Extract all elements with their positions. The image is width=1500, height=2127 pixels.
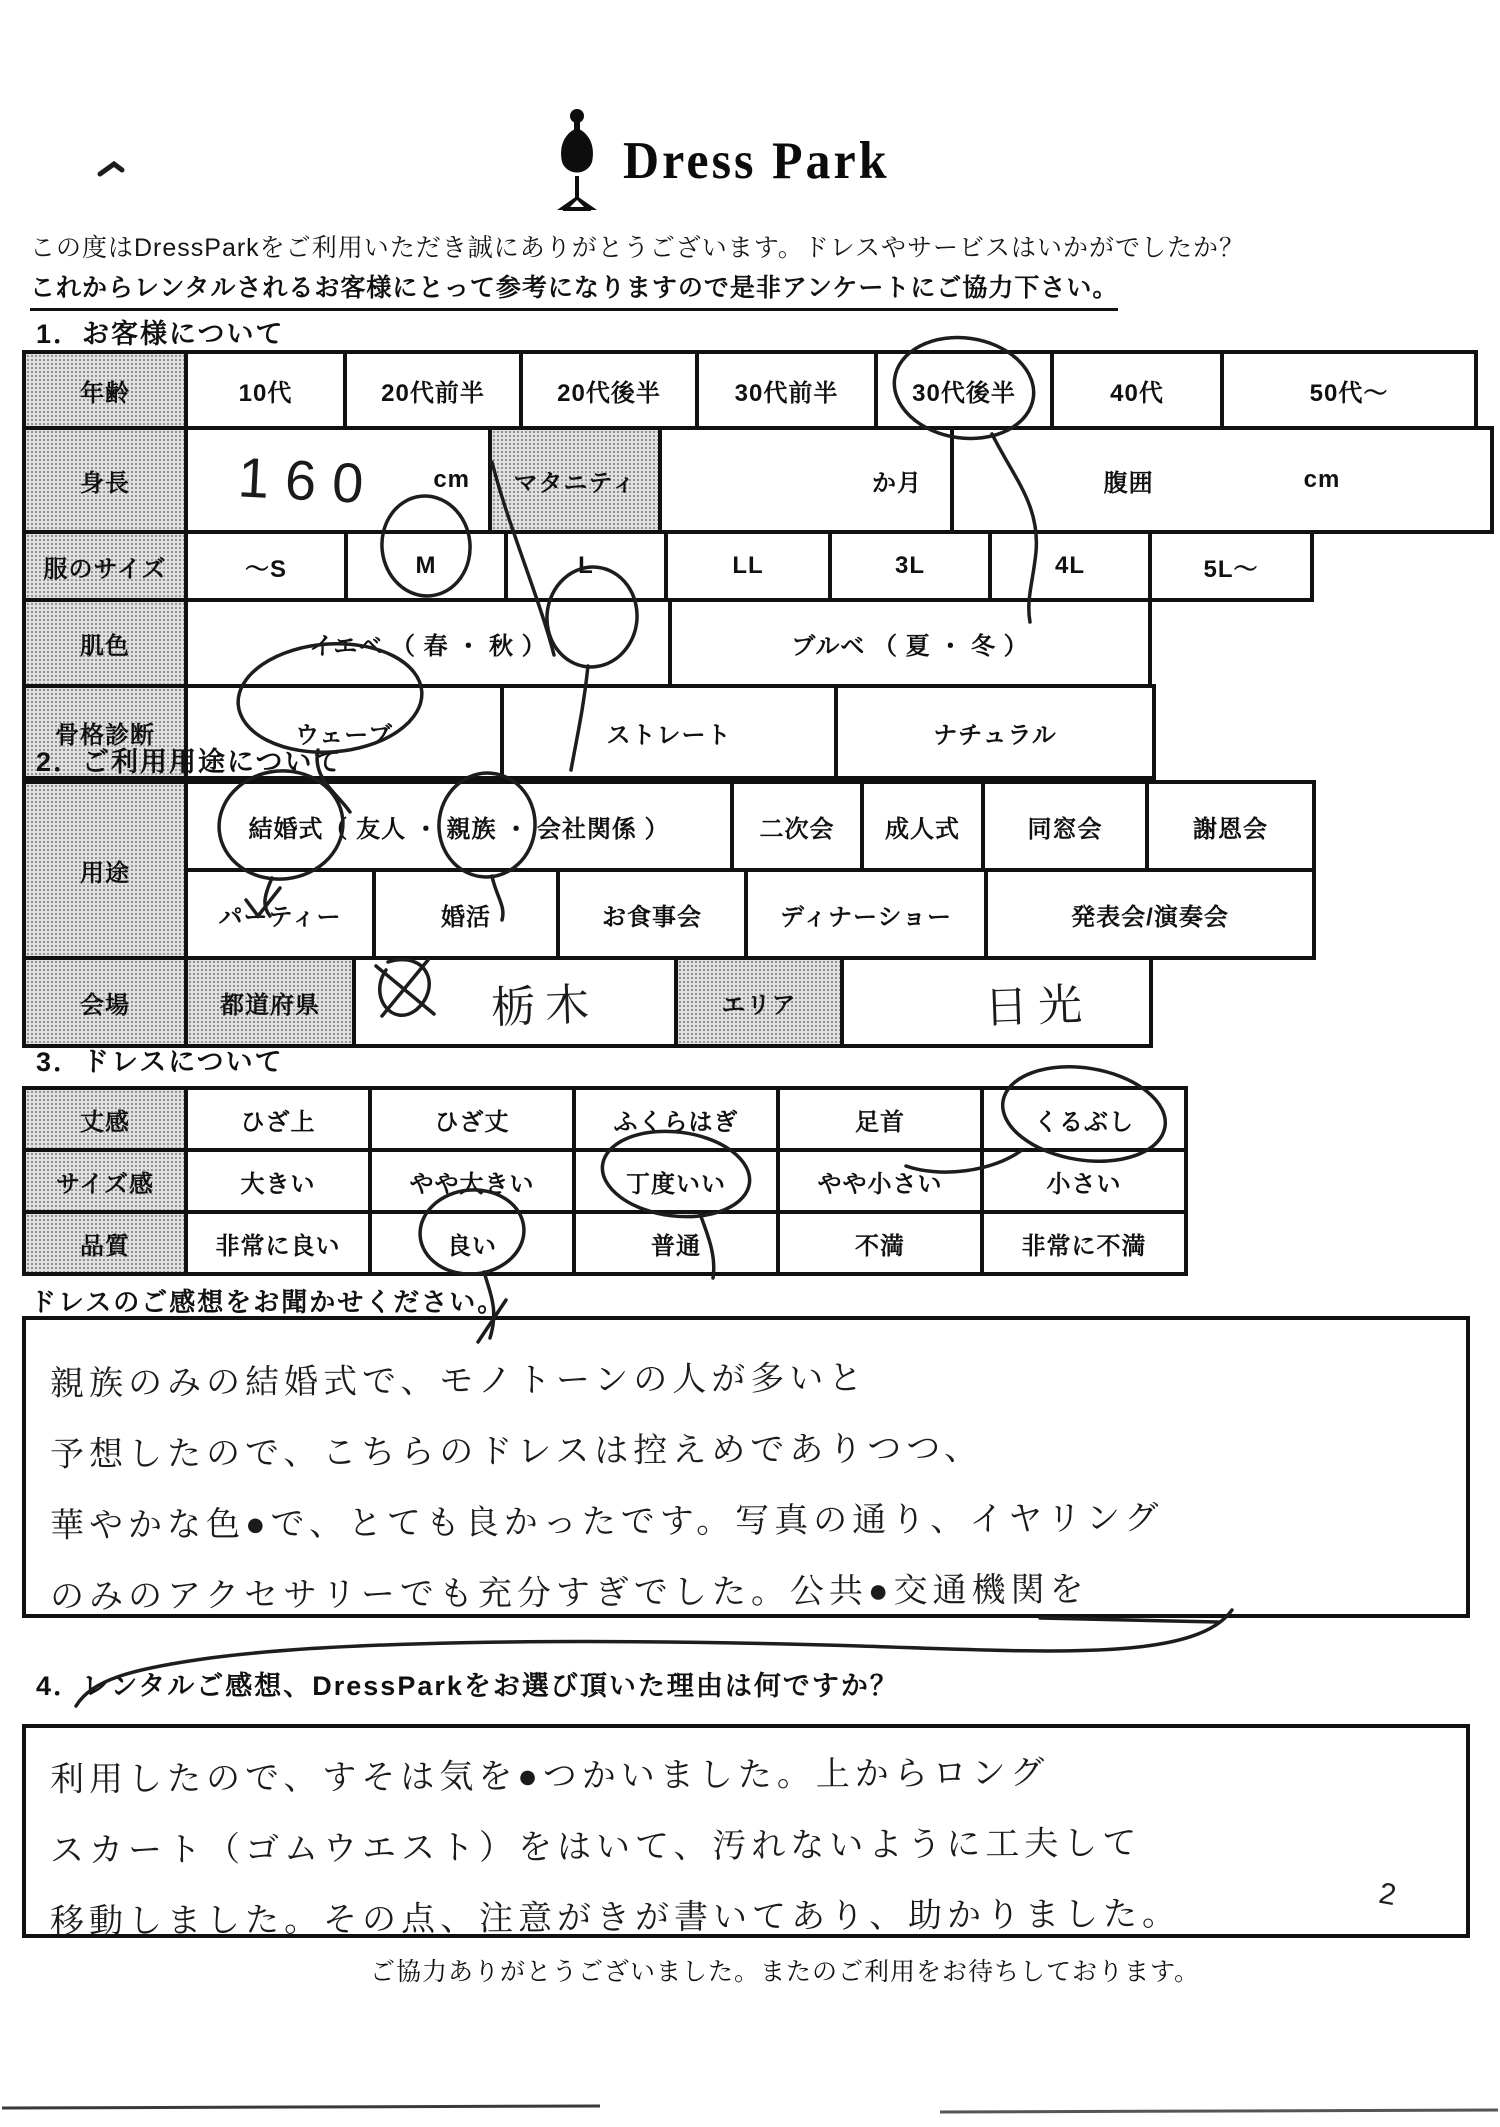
waist-label: 腹囲 <box>1104 463 1154 498</box>
row-header-venue: 会場 <box>26 960 184 1044</box>
purpose-option: 謝恩会 <box>1149 784 1312 868</box>
quality-option-selected: 良い <box>372 1214 572 1272</box>
purpose-table: 用途 結婚式（ 友人 ・ 親族 ・ 会社関係 ） 二次会 成人式 同窓会 謝恩会… <box>22 780 1316 1048</box>
purpose-option: ディナーショー <box>748 872 984 956</box>
venue-row: 会場 都道府県 栃木 エリア 日光 <box>22 956 1153 1048</box>
size-option-selected: M <box>348 534 504 598</box>
handwritten-prefecture: 栃木 <box>490 968 600 1036</box>
frame-option: ストレート <box>504 688 834 776</box>
size-row: 服のサイズ ～S M L LL 3L 4L 5L～ <box>22 530 1314 602</box>
size-option: LL <box>668 534 828 598</box>
fit-option: 小さい <box>984 1152 1184 1210</box>
intro-request-text: これからレンタルされるお客様にとって参考になりますので是非アンケートにご協力下さ… <box>30 268 1118 311</box>
age-option-selected: 30代後半 <box>878 354 1050 426</box>
dress-table: 丈感 ひざ上 ひざ丈 ふくらはぎ 足首 くるぶし サイズ感 大きい やや大きい … <box>22 1086 1188 1276</box>
age-option: 30代前半 <box>699 354 874 426</box>
handwritten-area: 日光 <box>983 968 1093 1036</box>
waist-unit: cm <box>1304 466 1341 494</box>
quality-option: 不満 <box>780 1214 980 1272</box>
feedback-prompt: ドレスのご感想をお聞かせください。 <box>30 1282 505 1319</box>
purpose-option: 成人式 <box>864 784 981 868</box>
age-option: 20代後半 <box>523 354 695 426</box>
reason-handwriting: 利用したので、すそは気を●つかいました。上からロング スカート（ゴムウエスト）を… <box>26 1728 1466 1953</box>
maternity-months-cell: か月 <box>662 430 950 530</box>
age-row: 年齢 10代 20代前半 20代後半 30代前半 30代後半 40代 50代～ <box>22 350 1478 430</box>
skin-option-blue: ブルベ （ 夏 ・ 冬 ） <box>672 602 1148 684</box>
skin-row: 肌色 イエベ （ 春 ・ 秋 ） ブルベ （ 夏 ・ 冬 ） <box>22 598 1152 688</box>
area-label: エリア <box>678 960 840 1044</box>
purpose-rows: 用途 結婚式（ 友人 ・ 親族 ・ 会社関係 ） 二次会 成人式 同窓会 謝恩会… <box>22 780 1316 960</box>
purpose-option: パーティー <box>188 872 372 956</box>
length-row: 丈感 ひざ上 ひざ丈 ふくらはぎ 足首 くるぶし <box>22 1086 1188 1152</box>
maternity-label: マタニティ <box>492 430 658 530</box>
purpose-row1: 結婚式（ 友人 ・ 親族 ・ 会社関係 ） 二次会 成人式 同窓会 謝恩会 <box>188 784 1312 868</box>
section1-title: 1．お客様について <box>36 312 284 351</box>
purpose-option-wedding-selected: 結婚式（ 友人 ・ 親族 ・ 会社関係 ） <box>188 784 730 868</box>
row-header-purpose: 用途 <box>26 784 184 956</box>
intro-thanks-text: この度はDressParkをご利用いただき誠にありがとうございます。ドレスやサー… <box>30 228 1245 264</box>
fit-option: やや大きい <box>372 1152 572 1210</box>
age-option: 10代 <box>188 354 343 426</box>
row-header-size: 服のサイズ <box>26 534 184 598</box>
scan-artifacts <box>2 2106 1498 2112</box>
length-option: ひざ上 <box>188 1090 368 1148</box>
row-header-fit: サイズ感 <box>26 1152 184 1210</box>
waist-cell: 腹囲 cm <box>954 430 1490 530</box>
height-unit: cm <box>433 466 470 494</box>
purpose-option: 発表会/演奏会 <box>988 872 1312 956</box>
size-option: 5L～ <box>1152 534 1310 598</box>
fit-row: サイズ感 大きい やや大きい 丁度いい やや小さい 小さい <box>22 1148 1188 1214</box>
fit-option: 大きい <box>188 1152 368 1210</box>
quality-option: 非常に不満 <box>984 1214 1184 1272</box>
row-header-age: 年齢 <box>26 354 184 426</box>
quality-row: 品質 非常に良い 良い 普通 不満 非常に不満 <box>22 1210 1188 1276</box>
footer-thanks: ご協力ありがとうございました。またのご利用をお待ちしております。 <box>370 1952 1200 1988</box>
quality-option: 普通 <box>576 1214 776 1272</box>
size-option: 3L <box>832 534 988 598</box>
feedback-handwriting: 親族のみの結婚式で、モノトーンの人が多いと 予想したので、こちらのドレスは控えめ… <box>26 1320 1466 1628</box>
size-option: 4L <box>992 534 1148 598</box>
length-option: ふくらはぎ <box>576 1090 776 1148</box>
purpose-option: 婚活 <box>376 872 556 956</box>
reason-line: スカート（ゴムウエスト）をはいて、汚れないように工夫して <box>50 1806 1448 1887</box>
length-option-selected: くるぶし <box>984 1090 1184 1148</box>
purpose-option: お食事会 <box>560 872 744 956</box>
row-header-length: 丈感 <box>26 1090 184 1148</box>
feedback-line: 親族のみの結婚式で、モノトーンの人が多いと <box>50 1339 1448 1420</box>
reason-box: 利用したので、すそは気を●つかいました。上からロング スカート（ゴムウエスト）を… <box>22 1724 1470 1938</box>
frame-option: ナチュラル <box>838 688 1152 776</box>
scanned-survey-page: Dress Park この度はDressParkをご利用いただき誠にありがとうご… <box>0 0 1500 2127</box>
length-option: ひざ丈 <box>372 1090 572 1148</box>
age-option: 50代～ <box>1224 354 1474 426</box>
age-option: 40代 <box>1054 354 1220 426</box>
size-option: ～S <box>188 534 344 598</box>
row-header-height: 身長 <box>26 430 184 530</box>
feedback-box: 親族のみの結婚式で、モノトーンの人が多いと 予想したので、こちらのドレスは控えめ… <box>22 1316 1470 1618</box>
reason-line: 利用したので、すそは気を●つかいました。上からロング <box>50 1735 1448 1816</box>
section4-title: 4．レンタルご感想、DressParkをお選び頂いた理由は何ですか？ <box>36 1664 899 1703</box>
length-option: 足首 <box>780 1090 980 1148</box>
pen-mark <box>100 164 122 174</box>
reason-line: 移動しました。その点、注意がきが書いてあり、助かりました。 <box>50 1877 1448 1958</box>
feedback-line: のみのアクセサリーでも充分すぎでした。公共●交通機関を <box>50 1552 1448 1633</box>
feedback-line: 予想したので、こちらのドレスは控えめでありつつ、 <box>50 1410 1448 1491</box>
handwritten-height: 160 <box>236 444 381 516</box>
prefecture-value-cell: 栃木 <box>356 960 674 1044</box>
purpose-option: 同窓会 <box>985 784 1145 868</box>
purpose-row2: パーティー 婚活 お食事会 ディナーショー 発表会/演奏会 <box>188 872 1312 956</box>
row-header-skin: 肌色 <box>26 602 184 684</box>
size-option: L <box>508 534 664 598</box>
fit-option: やや小さい <box>780 1152 980 1210</box>
age-option: 20代前半 <box>347 354 519 426</box>
customer-table: 年齢 10代 20代前半 20代後半 30代前半 30代後半 40代 50代～ … <box>22 350 1494 780</box>
area-value-cell: 日光 <box>844 960 1149 1044</box>
prefecture-label: 都道府県 <box>188 960 352 1044</box>
purpose-option: 二次会 <box>734 784 860 868</box>
brand-logo: Dress Park <box>545 108 890 212</box>
fit-option-selected: 丁度いい <box>576 1152 776 1210</box>
skin-option-yellow: イエベ （ 春 ・ 秋 ） <box>188 602 668 684</box>
quality-option: 非常に良い <box>188 1214 368 1272</box>
brand-name: Dress Park <box>623 130 890 191</box>
row-header-quality: 品質 <box>26 1214 184 1272</box>
section2-title: 2．ご利用用途について <box>36 740 342 779</box>
height-value-cell: 160 cm <box>188 430 488 530</box>
dress-form-icon <box>545 108 609 212</box>
section3-title: 3．ドレスについて <box>36 1040 284 1079</box>
feedback-line: 華やかな色●で、とても良かったです。写真の通り、イヤリング <box>50 1481 1448 1562</box>
height-row: 身長 160 cm マタニティ か月 腹囲 cm <box>22 426 1494 534</box>
